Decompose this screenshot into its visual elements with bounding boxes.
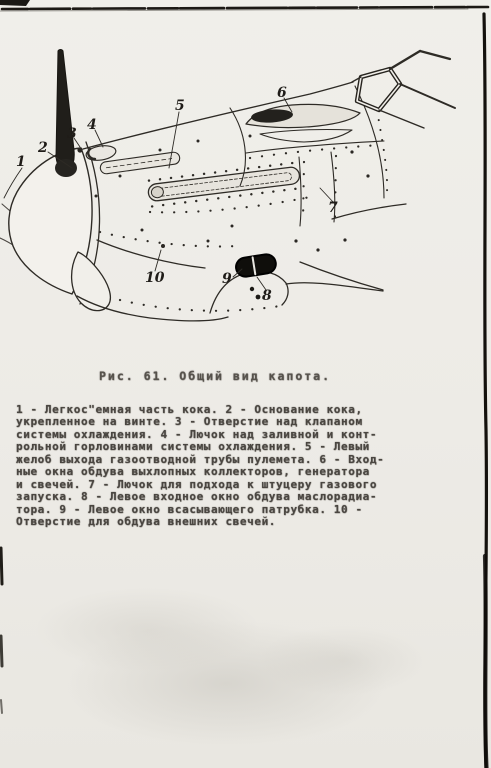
propeller-blade-top bbox=[56, 50, 74, 171]
drain-dot bbox=[256, 295, 261, 300]
callout-3: 3 bbox=[67, 126, 77, 142]
callout-2: 2 bbox=[37, 140, 48, 156]
legend-line: ные окна обдува выхлопных коллекторов, г… bbox=[16, 466, 476, 478]
scanned-manual-page: 1 2 3 4 5 6 7 8 9 10 Рис. 61. Общий вид … bbox=[0, 0, 491, 768]
oil-cooler-intake bbox=[235, 253, 277, 278]
scan-corner-blob bbox=[0, 0, 30, 6]
callout-10: 10 bbox=[145, 270, 165, 286]
propeller-blade-lower bbox=[72, 252, 111, 311]
windshield-strut bbox=[390, 51, 420, 69]
legend-line: запуска. 8 - Левое входное окно обдува м… bbox=[16, 491, 476, 503]
legend-line: Отверстие для обдува внешних свечей. bbox=[16, 516, 476, 528]
wing-fillet-curves bbox=[300, 204, 406, 290]
cooling-valve-hole bbox=[77, 147, 82, 152]
canopy-sill-line bbox=[379, 110, 424, 128]
drain-dot bbox=[250, 287, 254, 291]
page-top-border bbox=[2, 7, 488, 9]
callout-5: 5 bbox=[175, 98, 185, 114]
callout-9: 9 bbox=[222, 271, 232, 287]
propeller-hub bbox=[55, 159, 77, 177]
windshield-strut bbox=[420, 51, 450, 59]
legend-line: рольной горловинами системы охлаждения. … bbox=[16, 441, 476, 453]
callout-1: 1 bbox=[16, 154, 26, 170]
figure-legend: 1 - Легкос"емная часть кока. 2 - Основан… bbox=[16, 404, 476, 529]
figure-caption: Рис. 61. Общий вид капота. bbox=[99, 369, 331, 383]
callout-6: 6 bbox=[277, 85, 287, 101]
canopy-sill-line bbox=[400, 84, 455, 108]
scan-left-mark bbox=[1, 636, 2, 666]
scan-left-mark bbox=[1, 548, 2, 584]
gun-trough bbox=[147, 162, 301, 206]
callout-4: 4 bbox=[87, 117, 97, 133]
windshield-frame bbox=[352, 51, 455, 128]
callout-7: 7 bbox=[328, 200, 338, 216]
rivet-rows bbox=[100, 145, 380, 311]
callout-8: 8 bbox=[262, 288, 272, 304]
exhaust-fairing bbox=[246, 104, 360, 142]
rivet-dots bbox=[95, 135, 370, 252]
figure-drawing: 1 2 3 4 5 6 7 8 9 10 bbox=[0, 0, 491, 768]
